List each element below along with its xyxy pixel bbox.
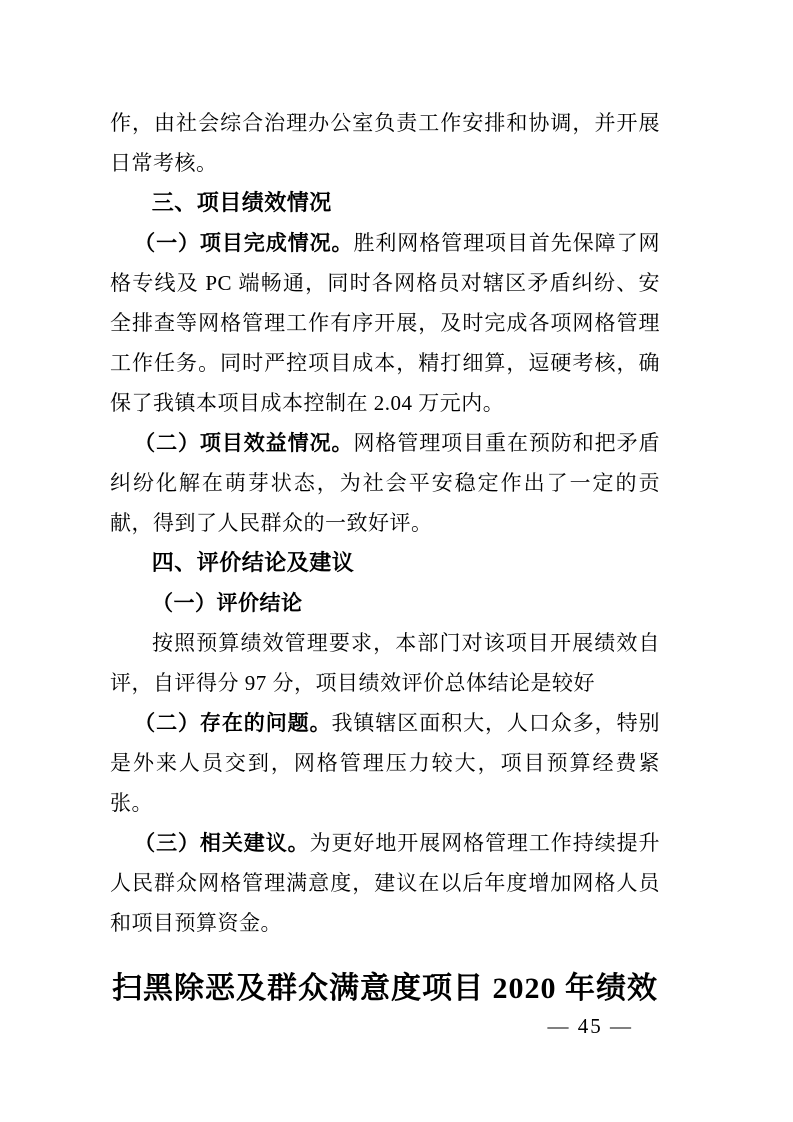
page-number: — 45 —: [548, 1013, 634, 1039]
paragraph-project-benefit: （二）项目效益情况。网格管理项目重在预防和把矛盾纠纷化解在萌芽状态，为社会平安稳…: [110, 423, 660, 543]
paragraph-continuation: 作，由社会综合治理办公室负责工作安排和协调，并开展日常考核。: [110, 103, 660, 183]
paragraph-evaluation-conclusion: 按照预算绩效管理要求，本部门对该项目开展绩效自评，自评得分 97 分，项目绩效评…: [110, 623, 660, 703]
paragraph-project-completion: （一）项目完成情况。胜利网格管理项目首先保障了网格专线及 PC 端畅通，同时各网…: [110, 223, 660, 423]
document-page: 作，由社会综合治理办公室负责工作安排和协调，并开展日常考核。 三、项目绩效情况 …: [0, 0, 793, 1122]
paragraph-lead-project-benefit: （二）项目效益情况。: [134, 431, 353, 455]
next-report-title: 扫黑除恶及群众满意度项目 2020 年绩效: [110, 967, 660, 1011]
paragraph-suggestions: （三）相关建议。为更好地开展网格管理工作持续提升人民群众网格管理满意度，建议在以…: [110, 823, 660, 943]
sub-heading-evaluation-conclusion: （一）评价结论: [110, 583, 660, 623]
section-heading-4: 四、评价结论及建议: [110, 543, 660, 583]
paragraph-lead-problems: （二）存在的问题。: [134, 711, 331, 735]
section-heading-3: 三、项目绩效情况: [110, 183, 660, 223]
paragraph-text-project-completion: 胜利网格管理项目首先保障了网格专线及 PC 端畅通，同时各网格员对辖区矛盾纠纷、…: [110, 231, 660, 415]
paragraph-problems: （二）存在的问题。我镇辖区面积大，人口众多，特别是外来人员交到，网格管理压力较大…: [110, 703, 660, 823]
document-body: 作，由社会综合治理办公室负责工作安排和协调，并开展日常考核。 三、项目绩效情况 …: [110, 103, 660, 1011]
paragraph-lead-project-completion: （一）项目完成情况。: [134, 231, 353, 255]
paragraph-lead-suggestions: （三）相关建议。: [134, 831, 309, 855]
